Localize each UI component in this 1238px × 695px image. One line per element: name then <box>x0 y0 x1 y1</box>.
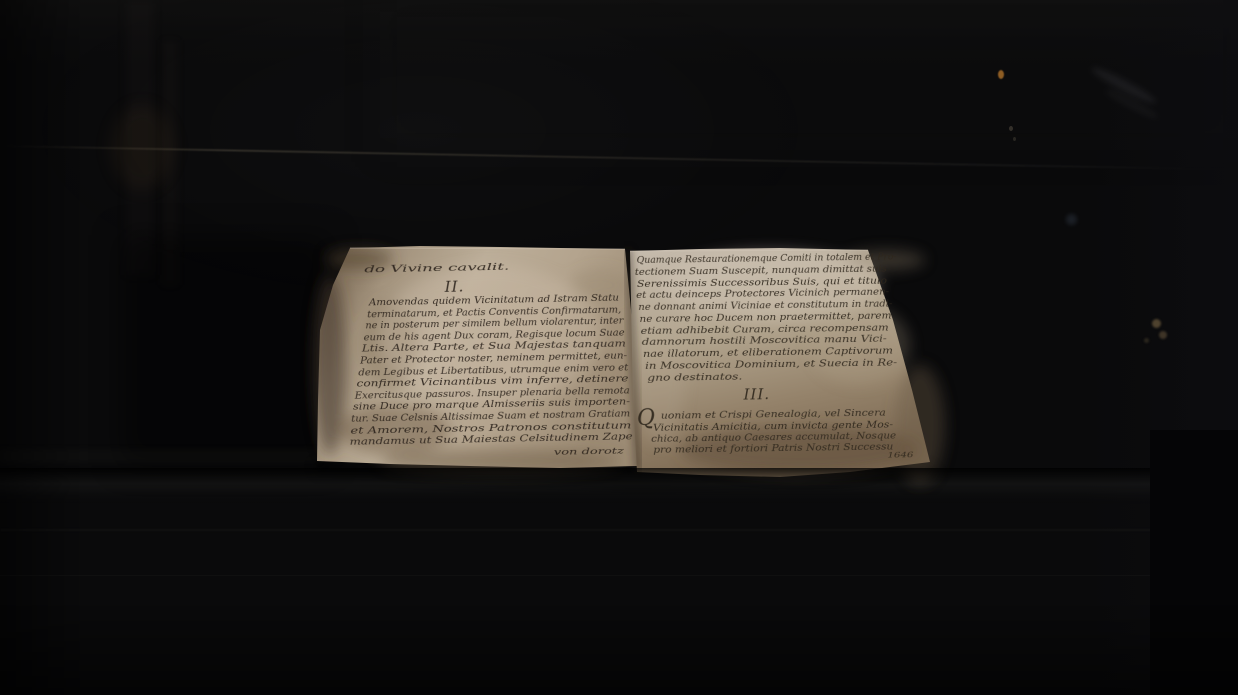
case-ledge-hairline <box>0 529 1238 531</box>
case-back-wash <box>380 0 1238 150</box>
case-ledge-hairline <box>0 575 1238 576</box>
left-vignette <box>0 0 80 695</box>
museum-display-case-photo: do Vivine cavalit. II. Amovendas quidem … <box>0 0 1238 695</box>
dim-reflection-dot <box>1013 137 1016 141</box>
right-page-section-label: III. <box>742 385 770 403</box>
blue-reflection-smudge <box>1066 214 1077 225</box>
date-note: 1646 <box>887 450 913 459</box>
warm-reflection-dot <box>1159 331 1167 339</box>
glass-shelf-edge-line <box>0 145 1238 171</box>
front-ledge-reflection <box>0 449 320 463</box>
glass-reflection-streak <box>126 0 154 275</box>
glass-reflection-smudge <box>110 105 174 190</box>
dim-reflection-dot <box>1009 126 1013 131</box>
manuscript-line: gno destinatos. <box>647 372 742 384</box>
right-page-text: Quamque Restaurationemque Comiti in tota… <box>635 251 914 463</box>
case-right-gradient <box>1085 0 1238 695</box>
glass-reflection-streak <box>162 40 178 285</box>
bottom-vignette <box>0 605 1238 695</box>
manuscript: do Vivine cavalit. II. Amovendas quidem … <box>300 225 960 495</box>
warm-reflection-dot <box>1144 338 1149 343</box>
amber-light-reflection-dot <box>998 70 1004 79</box>
case-top-glow <box>0 0 1238 70</box>
glass-highlight-streak <box>1090 64 1159 108</box>
case-corner-dark-panel <box>1150 430 1238 695</box>
left-page-section-label: II. <box>444 277 465 295</box>
shadow-left-of-document <box>120 235 330 465</box>
glass-highlight-streak <box>1105 87 1160 121</box>
left-page-signoff: von dorotz <box>554 446 625 457</box>
warm-reflection-dot <box>1152 319 1161 328</box>
